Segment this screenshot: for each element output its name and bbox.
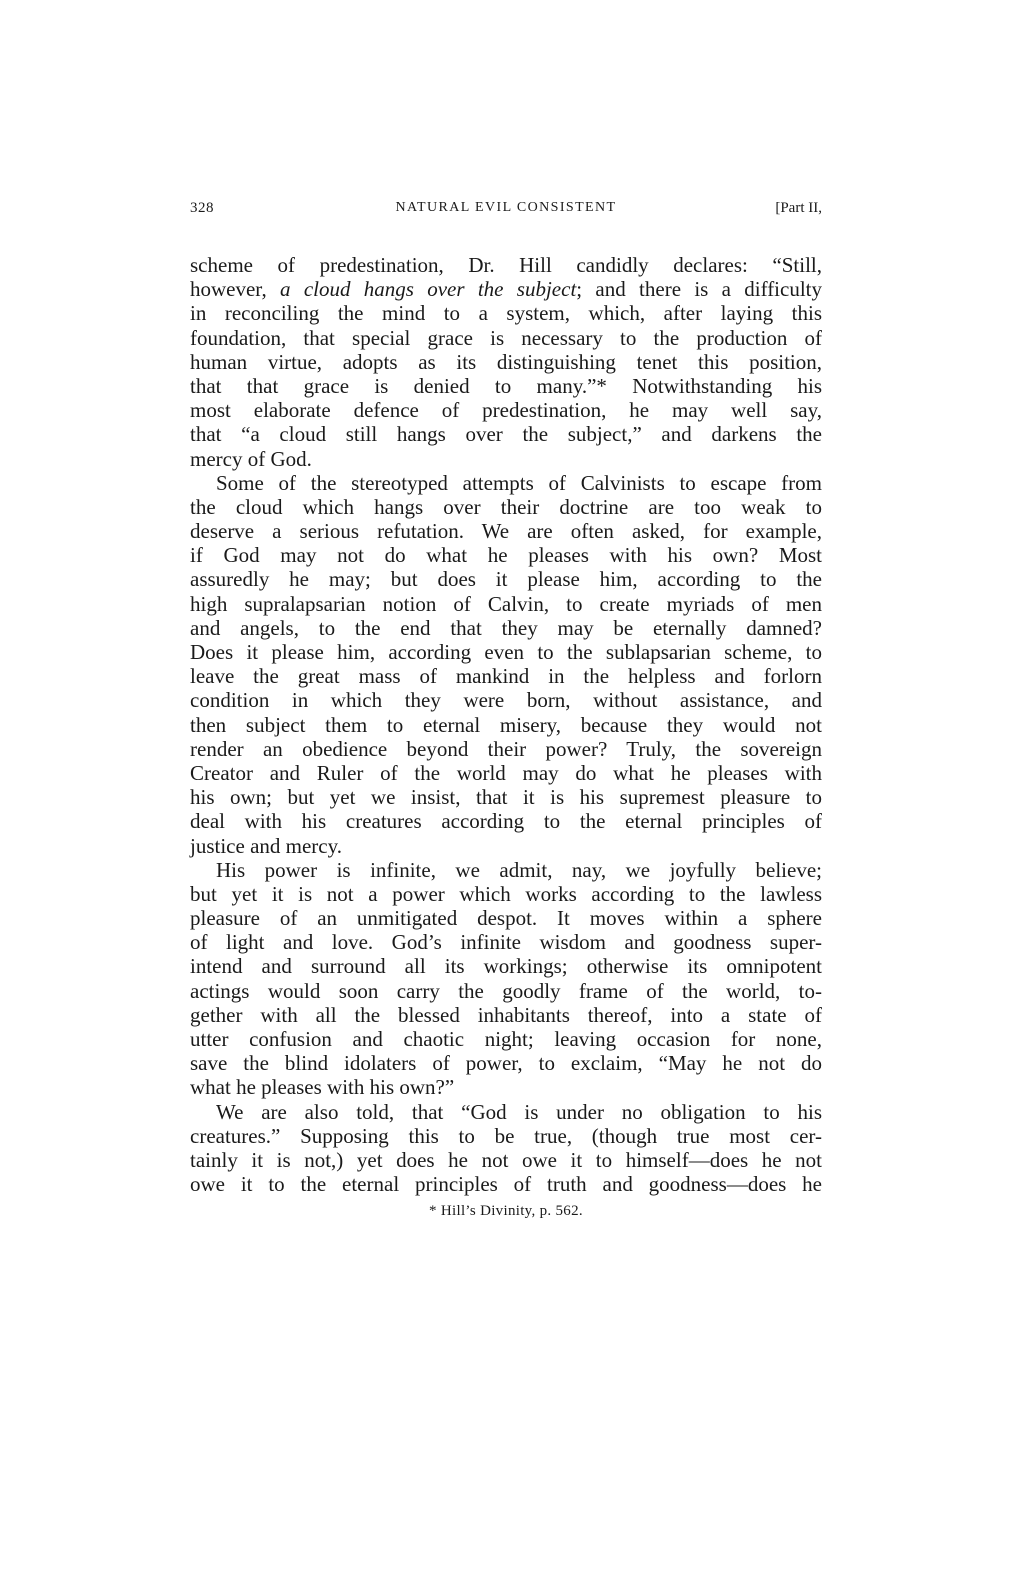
running-title: NATURAL EVIL CONSISTENT — [190, 200, 822, 216]
text-line: of light and love. God’s infinite wisdom… — [190, 930, 822, 954]
running-head: 328 NATURAL EVIL CONSISTENT [Part II, — [190, 196, 822, 224]
italic-quote: a cloud hangs over the subject — [280, 277, 576, 301]
text-line: utter confusion and chaotic night; leavi… — [190, 1027, 822, 1051]
text-line: that that grace is denied to many.”* Not… — [190, 374, 822, 398]
text-line: assuredly he may; but does it please him… — [190, 567, 822, 591]
text-line: leave the great mass of mankind in the h… — [190, 664, 822, 688]
paragraph: Some of the stereotyped attempts of Calv… — [190, 471, 822, 858]
text-line: that “a cloud still hangs over the subje… — [190, 422, 822, 446]
text-line: actings would soon carry the goodly fram… — [190, 979, 822, 1003]
text-line: save the blind idolaters of power, to ex… — [190, 1051, 822, 1075]
text-line: owe it to the eternal principles of trut… — [190, 1172, 822, 1196]
text-line: condition in which they were born, witho… — [190, 688, 822, 712]
text-line: high supralapsarian notion of Calvin, to… — [190, 592, 822, 616]
text-line: and angels, to the end that they may be … — [190, 616, 822, 640]
text-line: intend and surround all its workings; ot… — [190, 954, 822, 978]
text-line: however, a cloud hangs over the subject;… — [190, 277, 822, 301]
text-line: his own; but yet we insist, that it is h… — [190, 785, 822, 809]
text-line: Some of the stereotyped attempts of Calv… — [190, 471, 822, 495]
text-line: in reconciling the mind to a system, whi… — [190, 301, 822, 325]
text-line: deal with his creatures according to the… — [190, 809, 822, 833]
text-line: but yet it is not a power which works ac… — [190, 882, 822, 906]
text-line: gether with all the blessed inhabitants … — [190, 1003, 822, 1027]
text-line: foundation, that special grace is necess… — [190, 326, 822, 350]
text-line: Does it please him, according even to th… — [190, 640, 822, 664]
paragraph: We are also told, that “God is under no … — [190, 1100, 822, 1197]
text-line: if God may not do what he pleases with h… — [190, 543, 822, 567]
text-line: mercy of God. — [190, 447, 822, 471]
footnote: * Hill’s Divinity, p. 562. — [190, 1203, 822, 1220]
text-line: human virtue, adopts as its distinguishi… — [190, 350, 822, 374]
text-line: pleasure of an unmitigated despot. It mo… — [190, 906, 822, 930]
text-line: render an obedience beyond their power? … — [190, 737, 822, 761]
text-line: creatures.” Supposing this to be true, (… — [190, 1124, 822, 1148]
text-line: scheme of predestination, Dr. Hill candi… — [190, 253, 822, 277]
text-line: the cloud which hangs over their doctrin… — [190, 495, 822, 519]
book-page: 328 NATURAL EVIL CONSISTENT [Part II, sc… — [190, 196, 822, 1220]
text-line: tainly it is not,) yet does he not owe i… — [190, 1148, 822, 1172]
text-line: justice and mercy. — [190, 834, 822, 858]
text-line: deserve a serious refutation. We are oft… — [190, 519, 822, 543]
text-line: most elaborate defence of predestination… — [190, 398, 822, 422]
text-line: what he pleases with his own?” — [190, 1075, 822, 1099]
part-label: [Part II, — [775, 200, 822, 217]
text-line: Creator and Ruler of the world may do wh… — [190, 761, 822, 785]
body-text: scheme of predestination, Dr. Hill candi… — [190, 253, 822, 1196]
paragraph: scheme of predestination, Dr. Hill candi… — [190, 253, 822, 471]
paragraph: His power is infinite, we admit, nay, we… — [190, 858, 822, 1100]
text-line: His power is infinite, we admit, nay, we… — [190, 858, 822, 882]
text-line: then subject them to eternal misery, bec… — [190, 713, 822, 737]
text-line: We are also told, that “God is under no … — [190, 1100, 822, 1124]
